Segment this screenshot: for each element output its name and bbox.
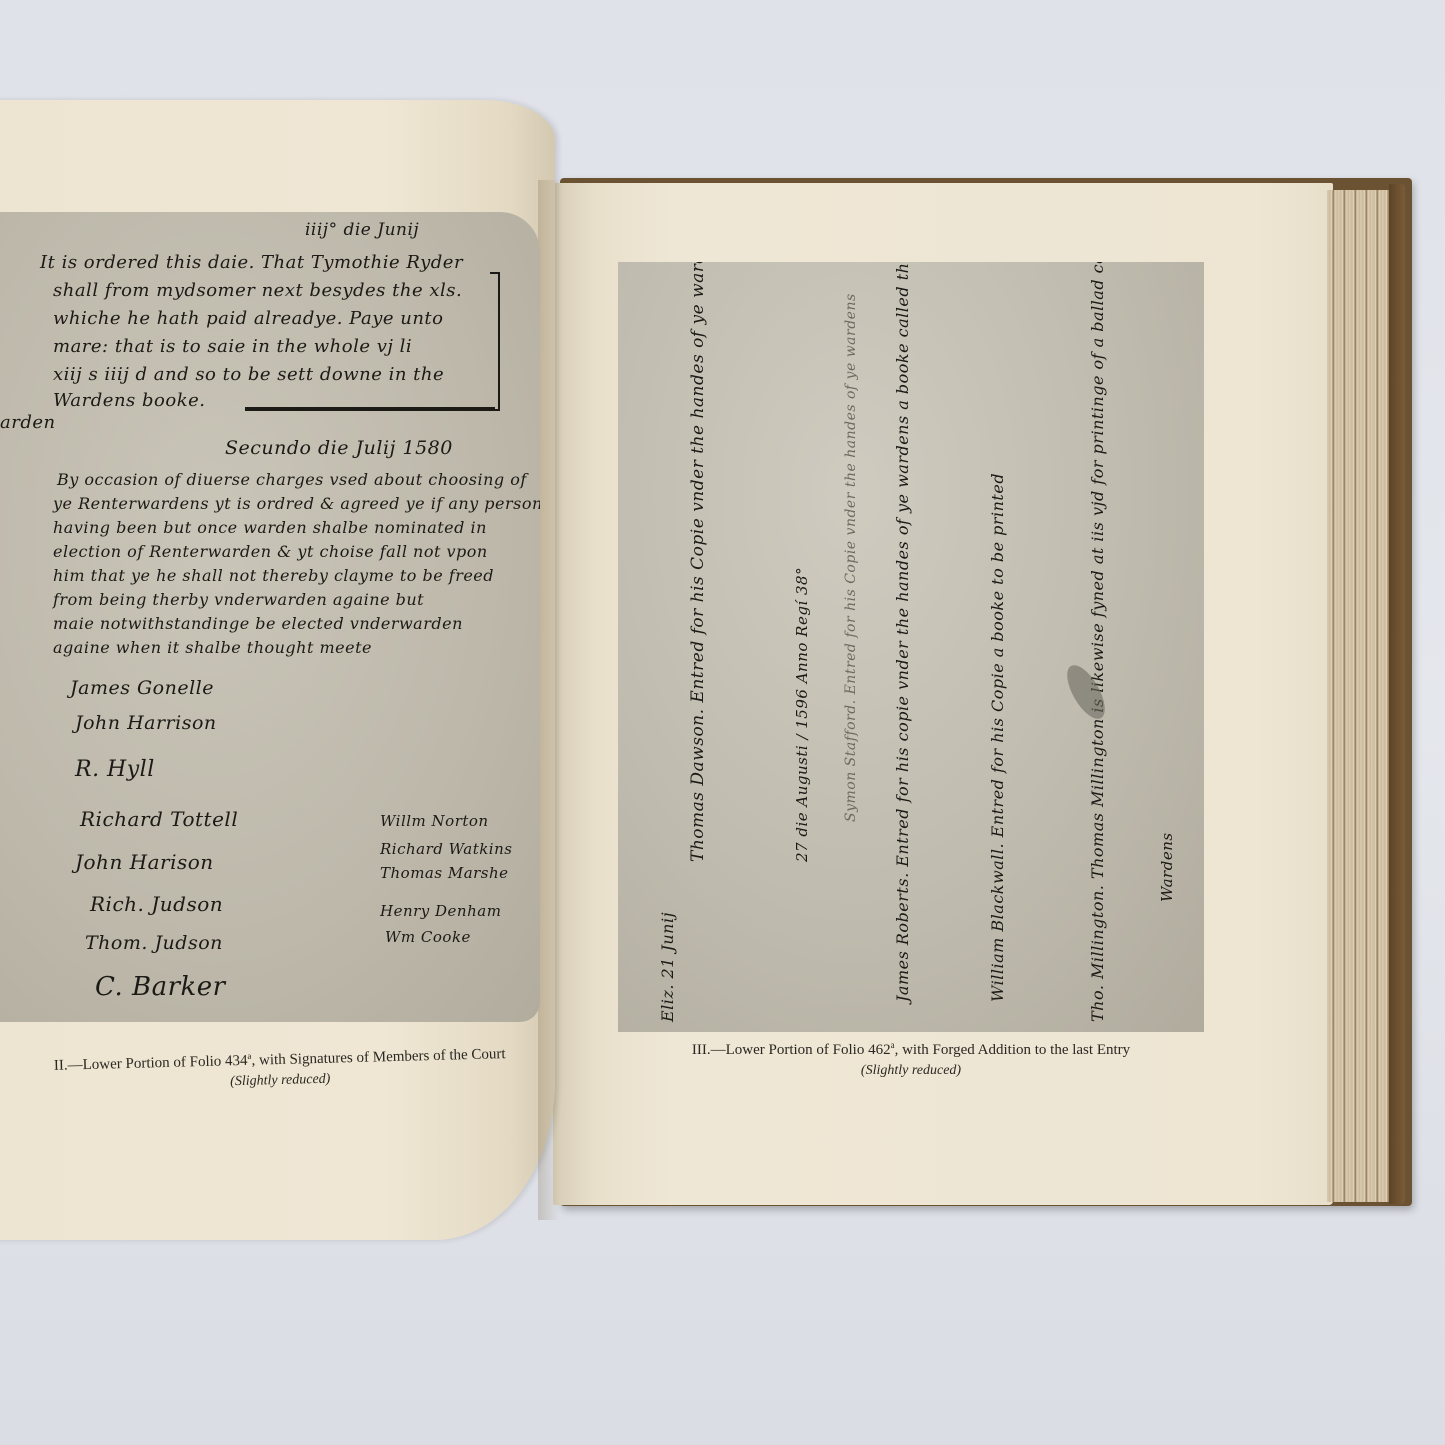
signature: John Harrison — [75, 712, 217, 734]
right-plate-caption: III.—Lower Portion of Folio 462a, with F… — [618, 1040, 1204, 1079]
signature: Thom. Judson — [85, 932, 223, 954]
margin-note: arden — [0, 412, 56, 433]
rotated-entry: Tho. Millington. Thomas Millington is li… — [1088, 262, 1107, 1022]
signature: James Gonelle — [70, 677, 214, 699]
photo-scene: Eliz. 21 Junij Thomas Dawson. Entred for… — [0, 0, 1445, 1445]
rotated-entry: Wardens — [1158, 832, 1176, 902]
book-cover-edge — [1389, 184, 1405, 1204]
signature: Richard Watkins — [380, 840, 512, 858]
signature: Thomas Marshe — [380, 864, 509, 882]
page-stack-edges — [1327, 190, 1389, 1202]
rotated-entry: 27 die Augusti / 1596 Anno Regí 38° — [793, 567, 811, 862]
rotated-entry: Eliz. 21 Junij — [658, 912, 677, 1022]
gutter-shadow — [538, 180, 560, 1220]
signature: Henry Denham — [380, 902, 501, 920]
rotated-entry: James Roberts. Entred for his copie vnde… — [893, 262, 912, 1002]
entry-bracket — [490, 272, 500, 411]
signature: Richard Tottell — [80, 807, 238, 831]
signature: R. Hyll — [75, 757, 155, 782]
entry-underline — [245, 407, 495, 411]
rotated-entry: Thomas Dawson. Entred for his Copie vnde… — [688, 262, 708, 862]
caption-subtitle: (Slightly reduced) — [618, 1063, 1204, 1079]
entry-heading: iiij° die Junij — [305, 220, 419, 240]
rotated-entry: Symon Stafford. Entred for his Copie vnd… — [843, 293, 859, 822]
rotated-entry: William Blackwall. Entred for his Copie … — [988, 473, 1007, 1002]
signature: Willm Norton — [380, 812, 489, 830]
left-plate-facsimile: iiij° die Junij It is ordered this daie.… — [0, 212, 540, 1022]
signature: C. Barker — [95, 972, 226, 1002]
signature: Wm Cooke — [385, 928, 471, 946]
caption-title: III.—Lower Portion of Folio 462a, with F… — [618, 1040, 1204, 1059]
signature: John Harison — [75, 850, 214, 874]
entry-2-heading: Secundo die Julij 1580 — [225, 437, 453, 459]
signature: Rich. Judson — [90, 892, 223, 916]
right-plate-facsimile: Eliz. 21 Junij Thomas Dawson. Entred for… — [618, 262, 1204, 1032]
